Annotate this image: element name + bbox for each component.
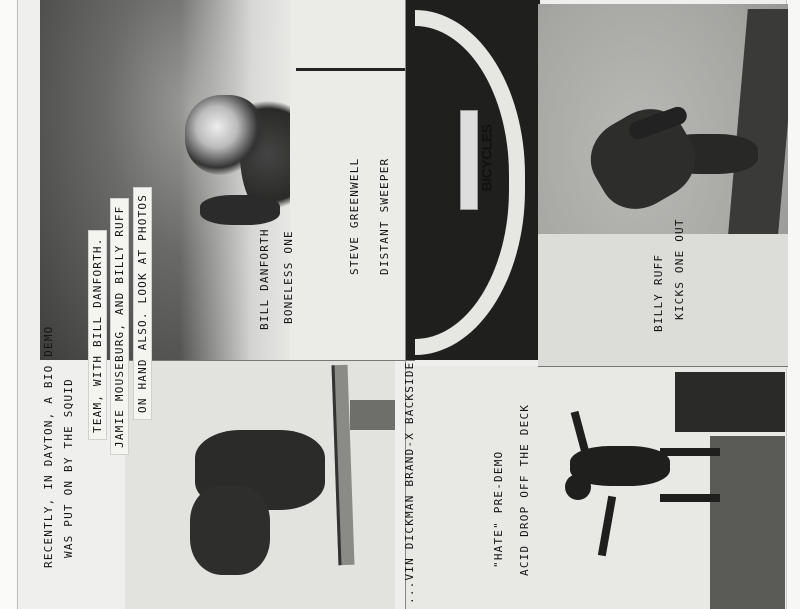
skater-figure xyxy=(185,95,265,175)
bill-danforth-caption-trick: BONELESS ONE xyxy=(282,230,295,324)
zine-spread: BICYCLES RECENTLY, IN DAYTON, A BIO DEMO… xyxy=(0,0,800,609)
bicycles-sign-text: BICYCLES xyxy=(478,125,494,192)
intro-line-3: TEAM, WITH BILL DANFORTH. xyxy=(88,230,107,440)
billy-ruff-caption-trick: KICKS ONE OUT xyxy=(673,218,686,320)
billy-ruff-caption-name: BILLY RUFF xyxy=(652,254,665,332)
skater-legs xyxy=(200,195,280,225)
intro-line-1: RECENTLY, IN DAYTON, A BIO DEMO xyxy=(42,326,55,569)
photo-bicycles-bowl: BICYCLES xyxy=(405,0,540,360)
bicycles-sign xyxy=(460,110,478,210)
intro-line-5: ON HAND ALSO. LOOK AT PHOTOS xyxy=(133,187,152,420)
paste-up-edge xyxy=(125,360,415,361)
hate-pre-demo-caption-title: "HATE" PRE-DEMO xyxy=(492,451,505,568)
photo-kevin-dickman-backside xyxy=(125,360,395,609)
skater-figure xyxy=(577,95,709,223)
right-page-margin xyxy=(786,0,800,609)
intro-line-2: WAS PUT ON BY THE SQUID xyxy=(62,378,75,558)
pole-line xyxy=(296,68,410,71)
ramp-wall xyxy=(710,436,785,609)
photo-bill-danforth-boneless xyxy=(40,0,290,360)
skater-leg xyxy=(660,494,720,502)
photo-hate-pre-demo xyxy=(405,366,785,609)
intro-line-4: JAMIE MOUSEBURG, AND BILLY RUFF xyxy=(110,199,129,456)
hate-pre-demo-caption-trick: ACID DROP OFF THE DECK xyxy=(518,404,531,576)
kevin-dickman-caption: ...VIN DICKMAN BRAND-X BACKSIDE xyxy=(403,362,416,605)
skater-head xyxy=(565,474,591,500)
second-skater-figure xyxy=(190,485,270,575)
ramp-wall xyxy=(728,9,788,234)
steve-greenwell-caption-name: STEVE GREENWELL xyxy=(348,158,361,275)
left-page-margin xyxy=(0,0,18,609)
skater-arm xyxy=(598,496,616,556)
ramp-deck xyxy=(332,365,355,565)
steve-greenwell-caption-trick: DISTANT SWEEPER xyxy=(378,158,391,275)
ramp-shadow xyxy=(350,400,395,430)
skater-leg xyxy=(660,448,720,456)
dark-backdrop xyxy=(675,372,785,432)
paste-up-edge xyxy=(538,366,788,367)
bill-danforth-caption-name: BILL DANFORTH xyxy=(258,228,271,330)
